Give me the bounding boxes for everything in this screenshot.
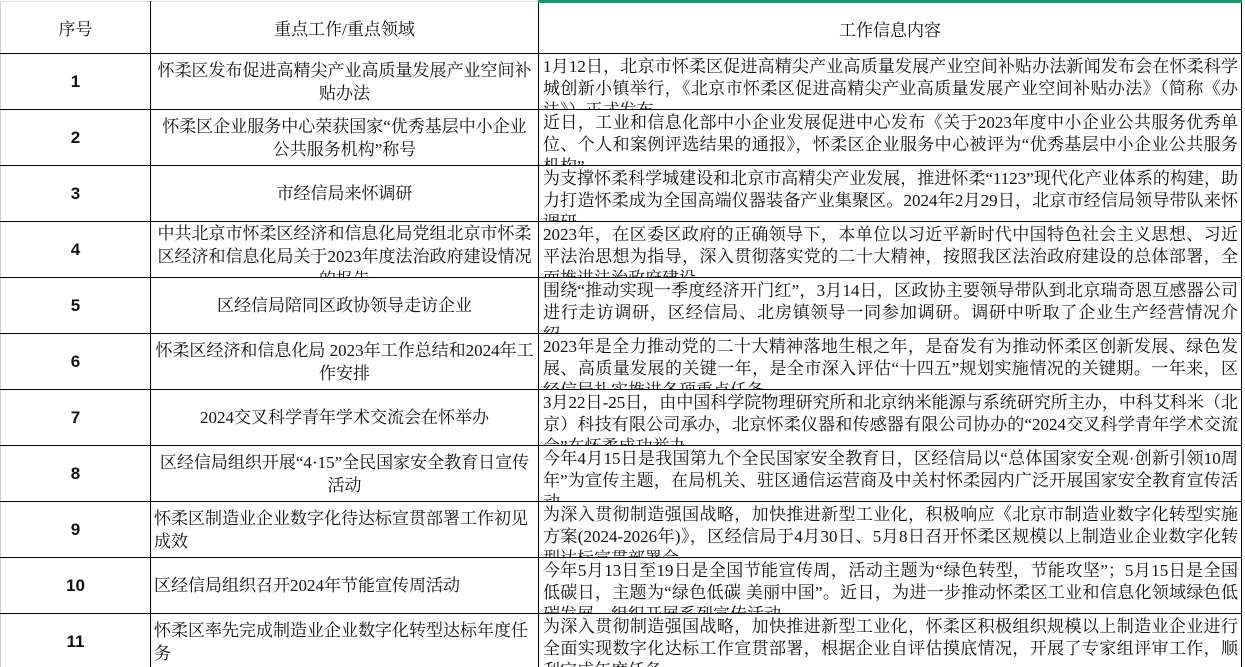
row-title-text: 怀柔区发布促进高精尖产业高质量发展产业空间补贴办法 bbox=[154, 59, 535, 105]
table-row: 8区经信局组织开展“4·15”全民国家安全教育日宣传活动今年4月15日是我国第九… bbox=[1, 446, 1242, 502]
row-content-cell: 2023年是全力推动党的二十大精神落地生根之年，是奋发有为推动怀柔区创新发展、绿… bbox=[539, 334, 1242, 390]
column-header-title: 重点工作/重点领域 bbox=[151, 2, 539, 54]
row-title-text: 区经信局陪同区政协领导走访企业 bbox=[154, 294, 535, 317]
row-index-cell: 5 bbox=[1, 278, 151, 334]
row-index-cell: 7 bbox=[1, 390, 151, 446]
row-title-cell: 怀柔区经济和信息化局 2023年工作总结和2024年工作安排 bbox=[151, 334, 539, 390]
row-title-cell: 区经信局陪同区政协领导走访企业 bbox=[151, 278, 539, 334]
row-title-text: 区经信局组织召开2024年节能宣传周活动 bbox=[154, 574, 535, 597]
row-index-cell: 3 bbox=[1, 166, 151, 222]
table-header-row: 序号 重点工作/重点领域 工作信息内容 bbox=[1, 2, 1242, 54]
row-content-text: 为深入贯彻制造强国战略，加快推进新型工业化，积极响应《北京市制造业数字化转型实施… bbox=[539, 502, 1241, 557]
table-row: 3市经信局来怀调研为支撑怀柔科学城建设和北京市高精尖产业发展，推进怀柔“1123… bbox=[1, 166, 1242, 222]
row-title-text: 怀柔区企业服务中心荣获国家“优秀基层中小企业公共服务机构”称号 bbox=[154, 115, 535, 161]
row-index-cell: 11 bbox=[1, 614, 151, 667]
row-title-cell: 区经信局组织召开2024年节能宣传周活动 bbox=[151, 558, 539, 614]
row-title-cell: 怀柔区企业服务中心荣获国家“优秀基层中小企业公共服务机构”称号 bbox=[151, 110, 539, 166]
row-title-text: 区经信局组织开展“4·15”全民国家安全教育日宣传活动 bbox=[154, 451, 535, 497]
table-body: 1怀柔区发布促进高精尖产业高质量发展产业空间补贴办法1月12日，北京市怀柔区促进… bbox=[1, 54, 1242, 667]
row-title-cell: 2024交叉科学青年学术交流会在怀举办 bbox=[151, 390, 539, 446]
row-content-text: 为支撑怀柔科学城建设和北京市高精尖产业发展，推进怀柔“1123”现代化产业体系的… bbox=[539, 166, 1241, 221]
row-index-cell: 8 bbox=[1, 446, 151, 502]
row-content-text: 3月22日-25日，由中国科学院物理研究所和北京纳米能源与系统研究所主办，中科艾… bbox=[539, 390, 1241, 445]
column-header-index: 序号 bbox=[1, 2, 151, 54]
table-row: 6怀柔区经济和信息化局 2023年工作总结和2024年工作安排2023年是全力推… bbox=[1, 334, 1242, 390]
column-header-title-label: 重点工作/重点领域 bbox=[274, 20, 415, 39]
row-index-cell: 6 bbox=[1, 334, 151, 390]
row-index-cell: 4 bbox=[1, 222, 151, 278]
row-title-text: 怀柔区经济和信息化局 2023年工作总结和2024年工作安排 bbox=[154, 339, 535, 385]
column-header-content: 工作信息内容 bbox=[539, 2, 1242, 54]
table-row: 4中共北京市怀柔区经济和信息化局党组北京市怀柔区经济和信息化局关于2023年度法… bbox=[1, 222, 1242, 278]
table-row: 5区经信局陪同区政协领导走访企业围绕“推动实现一季度经济开门红”，3月14日，区… bbox=[1, 278, 1242, 334]
document-page: 序号 重点工作/重点领域 工作信息内容 1怀柔区发布促进高精尖产业高质量发展产业… bbox=[0, 0, 1245, 667]
row-title-text: 怀柔区率先完成制造业企业数字化转型达标年度任务 bbox=[154, 619, 535, 665]
row-index-cell: 2 bbox=[1, 110, 151, 166]
row-title-text: 怀柔区制造业企业数字化待达标宣贯部署工作初见成效 bbox=[154, 507, 535, 553]
row-content-cell: 2023年，在区委区政府的正确领导下，本单位以习近平新时代中国特色社会主义思想、… bbox=[539, 222, 1242, 278]
row-content-cell: 为支撑怀柔科学城建设和北京市高精尖产业发展，推进怀柔“1123”现代化产业体系的… bbox=[539, 166, 1242, 222]
row-title-cell: 怀柔区发布促进高精尖产业高质量发展产业空间补贴办法 bbox=[151, 54, 539, 110]
row-content-cell: 围绕“推动实现一季度经济开门红”，3月14日，区政协主要领导带队到北京瑞奇恩互感… bbox=[539, 278, 1242, 334]
row-content-cell: 3月22日-25日，由中国科学院物理研究所和北京纳米能源与系统研究所主办，中科艾… bbox=[539, 390, 1242, 446]
row-content-text: 围绕“推动实现一季度经济开门红”，3月14日，区政协主要领导带队到北京瑞奇恩互感… bbox=[539, 278, 1241, 333]
row-index-cell: 10 bbox=[1, 558, 151, 614]
row-index-cell: 1 bbox=[1, 54, 151, 110]
row-content-cell: 为深入贯彻制造强国战略，加快推进新型工业化，积极响应《北京市制造业数字化转型实施… bbox=[539, 502, 1242, 558]
table-row: 11怀柔区率先完成制造业企业数字化转型达标年度任务为深入贯彻制造强国战略，加快推… bbox=[1, 614, 1242, 667]
table-row: 72024交叉科学青年学术交流会在怀举办3月22日-25日，由中国科学院物理研究… bbox=[1, 390, 1242, 446]
row-content-text: 近日，工业和信息化部中小企业发展促进中心发布《关于2023年度中小企业公共服务优… bbox=[539, 110, 1241, 165]
row-content-text: 2023年，在区委区政府的正确领导下，本单位以习近平新时代中国特色社会主义思想、… bbox=[539, 222, 1241, 277]
row-title-cell: 区经信局组织开展“4·15”全民国家安全教育日宣传活动 bbox=[151, 446, 539, 502]
row-content-text: 1月12日，北京市怀柔区促进高精尖产业高质量发展产业空间补贴办法新闻发布会在怀柔… bbox=[539, 54, 1241, 109]
row-content-cell: 为深入贯彻制造强国战略，加快推进新型工业化，怀柔区积极组织规模以上制造业企业进行… bbox=[539, 614, 1242, 667]
column-header-index-label: 序号 bbox=[59, 20, 93, 39]
row-content-cell: 近日，工业和信息化部中小企业发展促进中心发布《关于2023年度中小企业公共服务优… bbox=[539, 110, 1242, 166]
row-content-cell: 今年4月15日是我国第九个全民国家安全教育日，区经信局以“总体国家安全观·创新引… bbox=[539, 446, 1242, 502]
row-title-cell: 怀柔区率先完成制造业企业数字化转型达标年度任务 bbox=[151, 614, 539, 667]
row-title-text: 2024交叉科学青年学术交流会在怀举办 bbox=[154, 406, 535, 429]
row-title-cell: 中共北京市怀柔区经济和信息化局党组北京市怀柔区经济和信息化局关于2023年度法治… bbox=[151, 222, 539, 278]
row-content-cell: 今年5月13日至19日是全国节能宣传周，活动主题为“绿色转型，节能攻坚”；5月1… bbox=[539, 558, 1242, 614]
table-row: 1怀柔区发布促进高精尖产业高质量发展产业空间补贴办法1月12日，北京市怀柔区促进… bbox=[1, 54, 1242, 110]
row-title-text: 中共北京市怀柔区经济和信息化局党组北京市怀柔区经济和信息化局关于2023年度法治… bbox=[154, 222, 535, 277]
column-header-content-label: 工作信息内容 bbox=[839, 21, 941, 40]
row-content-text: 今年5月13日至19日是全国节能宣传周，活动主题为“绿色转型，节能攻坚”；5月1… bbox=[539, 558, 1241, 613]
table-row: 2怀柔区企业服务中心荣获国家“优秀基层中小企业公共服务机构”称号近日，工业和信息… bbox=[1, 110, 1242, 166]
row-content-text: 2023年是全力推动党的二十大精神落地生根之年，是奋发有为推动怀柔区创新发展、绿… bbox=[539, 334, 1241, 389]
row-title-cell: 市经信局来怀调研 bbox=[151, 166, 539, 222]
table-row: 9怀柔区制造业企业数字化待达标宣贯部署工作初见成效为深入贯彻制造强国战略，加快推… bbox=[1, 502, 1242, 558]
table-row: 10区经信局组织召开2024年节能宣传周活动今年5月13日至19日是全国节能宣传… bbox=[1, 558, 1242, 614]
row-content-text: 今年4月15日是我国第九个全民国家安全教育日，区经信局以“总体国家安全观·创新引… bbox=[539, 446, 1241, 501]
row-content-text: 为深入贯彻制造强国战略，加快推进新型工业化，怀柔区积极组织规模以上制造业企业进行… bbox=[539, 614, 1241, 667]
work-info-table: 序号 重点工作/重点领域 工作信息内容 1怀柔区发布促进高精尖产业高质量发展产业… bbox=[0, 0, 1242, 667]
row-index-cell: 9 bbox=[1, 502, 151, 558]
row-content-cell: 1月12日，北京市怀柔区促进高精尖产业高质量发展产业空间补贴办法新闻发布会在怀柔… bbox=[539, 54, 1242, 110]
row-title-cell: 怀柔区制造业企业数字化待达标宣贯部署工作初见成效 bbox=[151, 502, 539, 558]
row-title-text: 市经信局来怀调研 bbox=[154, 182, 535, 205]
